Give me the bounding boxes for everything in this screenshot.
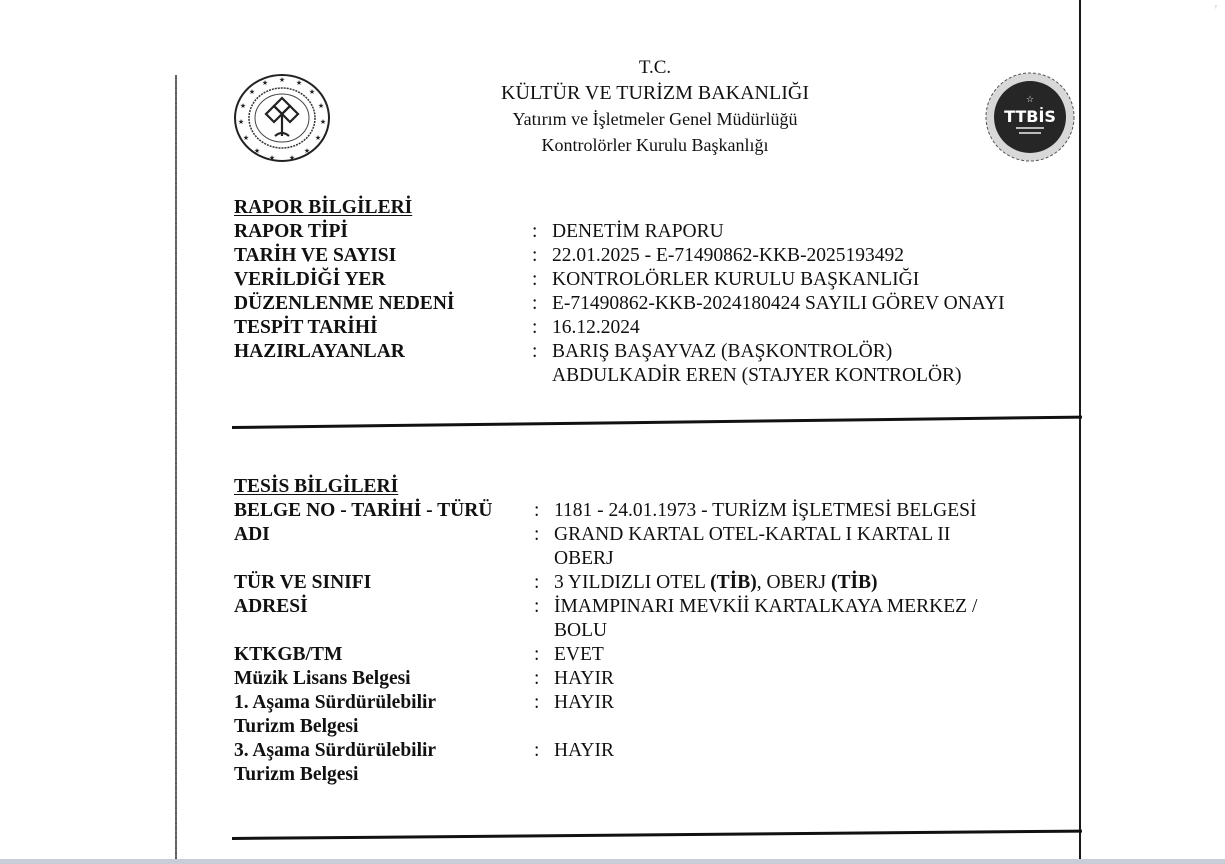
field-separator: : [534,499,554,523]
field-separator: : [534,643,554,667]
svg-text:★: ★ [279,76,285,84]
field-value: DENETİM RAPORU [552,220,724,244]
svg-text:★: ★ [249,88,255,96]
header-country: T.C. [450,55,860,80]
field-separator: : [534,571,554,595]
field-value: KONTROLÖRLER KURULU BAŞKANLIĞI [552,268,919,292]
field-separator: : [534,739,554,763]
svg-text:★: ★ [318,102,324,110]
field-separator: : [532,220,552,244]
field-separator: : [534,595,554,619]
info-row: VERİLDİĞİ YER:KONTROLÖRLER KURULU BAŞKAN… [234,268,1005,292]
field-value: 1181 - 24.01.1973 - TURİZM İŞLETMESİ BEL… [554,499,1034,523]
info-row: BELGE NO - TARİHİ - TÜRÜ:1181 - 24.01.19… [234,499,1034,523]
svg-text:★: ★ [309,88,315,96]
info-row: HAZIRLAYANLAR:BARIŞ BAŞAYVAZ (BAŞKONTROL… [234,340,1005,388]
info-row: 3. Aşama Sürdürülebilir Turizm Belgesi:H… [234,739,1034,787]
field-value: BARIŞ BAŞAYVAZ (BAŞKONTROLÖR) ABDULKADİR… [552,340,962,388]
field-value: GRAND KARTAL OTEL-KARTAL I KARTAL II OBE… [554,523,1034,571]
svg-text:★: ★ [296,79,302,87]
info-row: TÜR VE SINIFI:3 YILDIZLI OTEL (TİB), OBE… [234,571,1034,595]
field-label: KTKGB/TM [234,643,534,667]
info-row: ADI:GRAND KARTAL OTEL-KARTAL I KARTAL II… [234,523,1034,571]
field-value: HAYIR [554,691,1034,715]
value-part: , OBERJ [757,572,831,593]
facility-info-section: TESİS BİLGİLERİ BELGE NO - TARİHİ - TÜRÜ… [234,475,1034,787]
info-row: ADRESİ:İMAMPINARI MEVKİİ KARTALKAYA MERK… [234,595,1034,643]
info-row: DÜZENLENME NEDENİ:E-71490862-KKB-2024180… [234,292,1005,316]
field-separator: : [534,691,554,715]
field-value: E-71490862-KKB-2024180424 SAYILI GÖREV O… [552,292,1005,316]
field-separator: : [532,292,552,316]
ministry-seal-icon: ★★★ ★★ ★★ ★★ ★★ ★★ ★★ [232,72,332,164]
document-header: T.C. KÜLTÜR VE TURİZM BAKANLIĞI Yatırım … [450,55,860,158]
field-value: EVET [554,643,1034,667]
info-row: 1. Aşama Sürdürülebilir Turizm Belgesi:H… [234,691,1034,739]
svg-text:TTBİS: TTBİS [1004,107,1056,126]
value-part: 3 YILDIZLI OTEL [554,572,710,593]
svg-text:☆: ☆ [1026,95,1034,105]
section-title-facility: TESİS BİLGİLERİ [234,475,1034,499]
field-value: İMAMPINARI MEVKİİ KARTALKAYA MERKEZ / BO… [554,595,1034,643]
field-value: 22.01.2025 - E-71490862-KKB-2025193492 [552,244,904,268]
field-separator: : [534,667,554,691]
field-value: HAYIR [554,667,1034,691]
field-separator: : [534,523,554,547]
value-part: (TİB) [831,572,878,593]
field-separator: : [532,268,552,292]
field-label: 1. Aşama Sürdürülebilir Turizm Belgesi [234,691,534,739]
scan-artifact: ᵞ [1215,2,1217,12]
field-separator: : [532,340,552,364]
info-row: Müzik Lisans Belgesi:HAYIR [234,667,1034,691]
field-value: 16.12.2024 [552,316,640,340]
svg-text:★: ★ [304,147,310,155]
field-label: BELGE NO - TARİHİ - TÜRÜ [234,499,534,523]
svg-text:★: ★ [320,118,326,126]
header-ministry: KÜLTÜR VE TURİZM BAKANLIĞI [450,80,860,106]
svg-text:★: ★ [315,134,321,142]
field-label: ADRESİ [234,595,534,619]
scan-border-left [175,75,177,860]
field-separator: : [532,244,552,268]
field-label: TÜR VE SINIFI [234,571,534,595]
info-row: KTKGB/TM:EVET [234,643,1034,667]
section-divider [232,830,1082,840]
field-separator: : [532,316,552,340]
window-bottom-edge [0,859,1225,864]
field-label: HAZIRLAYANLAR [234,340,532,364]
field-label: TARİH VE SAYISI [234,244,532,268]
field-label: ADI [234,523,534,547]
header-directorate: Yatırım ve İşletmeler Genel Müdürlüğü [450,106,860,132]
svg-text:★: ★ [269,154,275,162]
field-value: 3 YILDIZLI OTEL (TİB), OBERJ (TİB) [554,571,1034,595]
field-label: VERİLDİĞİ YER [234,268,532,292]
field-label: DÜZENLENME NEDENİ [234,292,532,316]
info-row: TARİH VE SAYISI:22.01.2025 - E-71490862-… [234,244,1005,268]
svg-text:★: ★ [289,154,295,162]
svg-text:★: ★ [243,134,249,142]
info-row: TESPİT TARİHİ:16.12.2024 [234,316,1005,340]
svg-text:★: ★ [238,118,244,126]
field-label: RAPOR TİPİ [234,220,532,244]
field-label: Müzik Lisans Belgesi [234,667,534,691]
svg-text:★: ★ [240,102,246,110]
field-label: 3. Aşama Sürdürülebilir Turizm Belgesi [234,739,534,787]
info-row: RAPOR TİPİ:DENETİM RAPORU [234,220,1005,244]
report-info-section: RAPOR BİLGİLERİ RAPOR TİPİ:DENETİM RAPOR… [234,196,1005,388]
section-divider [232,416,1082,429]
value-part: (TİB) [710,572,757,593]
field-value: HAYIR [554,739,1034,763]
section-title-report: RAPOR BİLGİLERİ [234,196,1005,220]
svg-text:★: ★ [262,79,268,87]
field-label: TESPİT TARİHİ [234,316,532,340]
svg-text:★: ★ [254,147,260,155]
header-department: Kontrolörler Kurulu Başkanlığı [450,132,860,158]
ttbis-badge-icon: ☆ TTBİS [978,72,1084,162]
